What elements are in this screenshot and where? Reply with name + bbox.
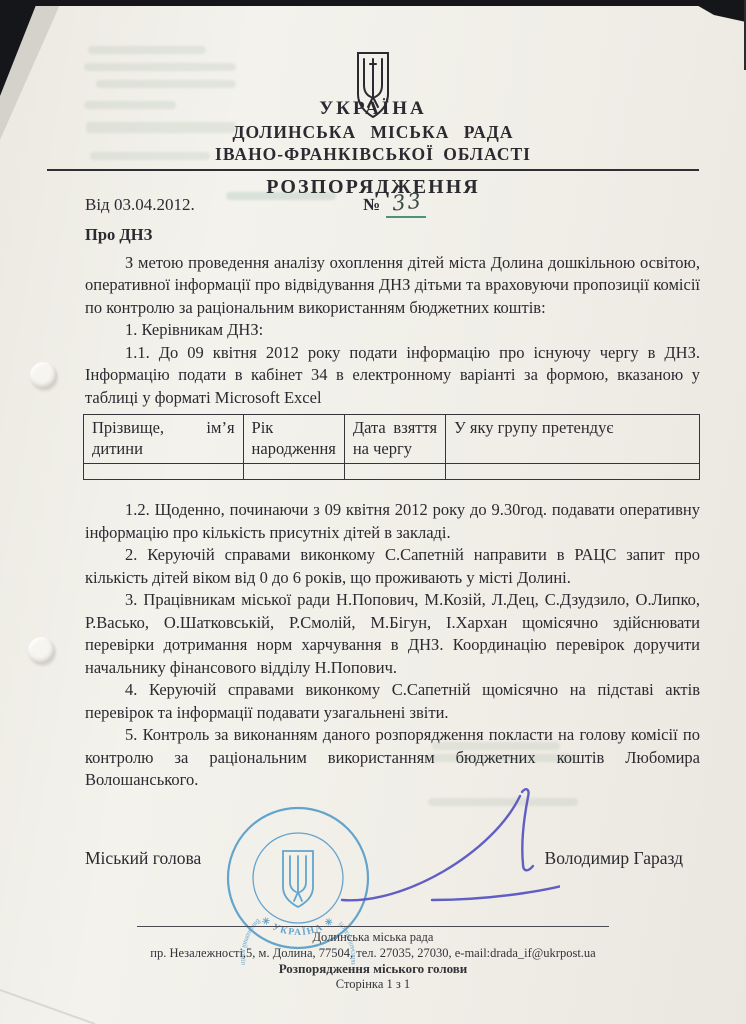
header-rule xyxy=(47,169,699,171)
signer-name: Володимир Гаразд xyxy=(545,848,683,869)
hole-punch-top xyxy=(30,362,57,389)
signer-title: Міський голова xyxy=(85,848,201,869)
document-number-sign: № xyxy=(363,195,380,215)
table-header-group: У яку групу претендує xyxy=(446,415,700,464)
footer-page-number: Сторінка 1 з 1 xyxy=(0,977,746,993)
footer-org-name: Долинська міська рада xyxy=(0,930,746,946)
scanner-edge-top xyxy=(30,0,746,6)
paragraph-item-2: 2. Керуючій справами виконкому С.Сапетні… xyxy=(85,544,700,589)
document-date: Від 03.04.2012. xyxy=(85,195,195,215)
table-header-child-name: Прізвище, ім’я дитини xyxy=(84,415,244,464)
table-header-row: Прізвище, ім’я дитини Рік народження Дат… xyxy=(84,415,700,464)
table-empty-cell xyxy=(446,464,700,480)
paragraph-item-1-1: 1.1. До 09 квітня 2012 року подати інфор… xyxy=(85,342,700,410)
paragraph-item-1: 1. Керівникам ДНЗ: xyxy=(85,319,700,342)
number-underline xyxy=(386,216,426,218)
footer-rule xyxy=(137,926,609,927)
paragraph-item-4: 4. Керуючій справами виконкому С.Сапетні… xyxy=(85,679,700,724)
footer-address: пр. Незалежності,5, м. Долина, 77504, те… xyxy=(0,946,746,962)
paragraph-item-3: 3. Працівникам міської ради Н.Попович, М… xyxy=(85,589,700,679)
footer-doc-category: Розпорядження міського голови xyxy=(0,961,746,977)
table-header-birth-year: Рік народження xyxy=(243,415,344,464)
table-empty-cell xyxy=(344,464,445,480)
table-header-queue-date: Дата взяття на чергу xyxy=(344,415,445,464)
tryzub-emblem-icon xyxy=(351,50,395,122)
document-body: Про ДНЗ З метою проведення аналізу охопл… xyxy=(85,224,700,792)
document-header: УКРАЇНА ДОЛИНСЬКА МІСЬКА РАДА ІВАНО-ФРАН… xyxy=(0,24,746,199)
scanned-document-page: УКРАЇНА ДОЛИНСЬКА МІСЬКА РАДА ІВАНО-ФРАН… xyxy=(0,0,746,1024)
table-empty-cell xyxy=(84,464,244,480)
document-footer: Долинська міська рада пр. Незалежності,5… xyxy=(0,926,746,992)
paragraph-item-1-2: 1.2. Щоденно, починаючи з 09 квітня 2012… xyxy=(85,499,700,544)
subject-line: Про ДНЗ xyxy=(85,224,700,247)
hole-punch-bottom xyxy=(28,637,55,664)
paper-crease xyxy=(0,990,95,1024)
document-number-handwritten: 33 xyxy=(391,188,424,215)
org-name-line1: ДОЛИНСЬКА МІСЬКА РАДА xyxy=(0,122,746,143)
scanner-corner-top-right xyxy=(688,0,746,22)
table-empty-row xyxy=(84,464,700,480)
handwritten-signature xyxy=(190,778,560,933)
org-name-line2: ІВАНО-ФРАНКІВСЬКОЇ ОБЛАСТІ xyxy=(0,144,746,165)
paragraph-intro: З метою проведення аналізу охоплення діт… xyxy=(85,252,700,320)
queue-form-table: Прізвище, ім’я дитини Рік народження Дат… xyxy=(83,414,700,480)
table-empty-cell xyxy=(243,464,344,480)
